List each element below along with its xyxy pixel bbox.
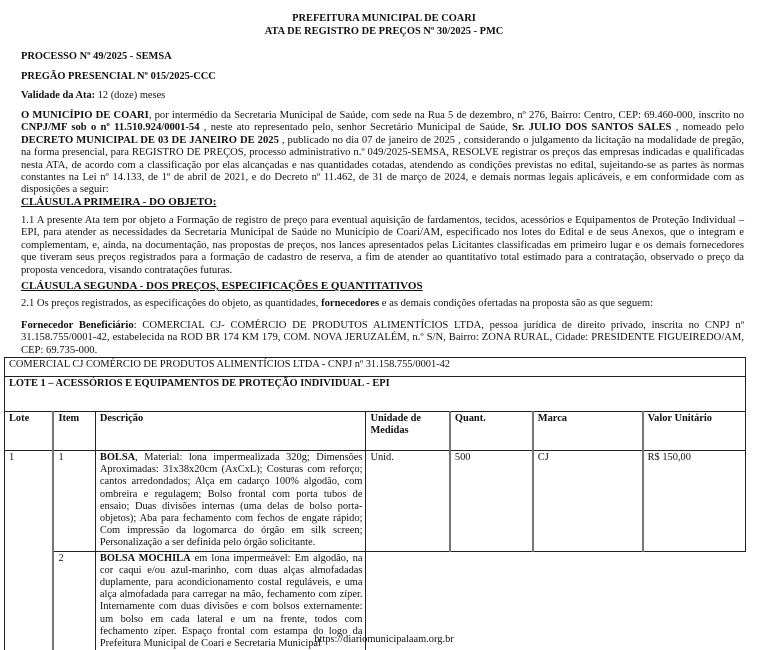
intro-text-3: , nomeado pelo xyxy=(671,122,744,133)
clause-1-text: 1.1 A presente Ata tem por objeto a Form… xyxy=(21,215,744,277)
document-header: PREFEITURA MUNICIPAL DE COARI ATA DE REG… xyxy=(0,12,768,38)
validity-value: 12 (doze) meses xyxy=(95,90,165,101)
supplier-paragraph: Fornecedor Beneficiário: COMERCIAL CJ- C… xyxy=(21,320,744,357)
price-table: COMERCIAL CJ COMÉRCIO DE PRODUTOS ALIMEN… xyxy=(4,357,746,650)
clause-2-text: 2.1 Os preços registrados, as especifica… xyxy=(21,298,744,310)
table-lot-row: LOTE 1 – ACESSÓRIOS E EQUIPAMENTOS DE PR… xyxy=(5,377,746,412)
cell-marca: CJ xyxy=(533,451,643,552)
intro-paragraph: O MUNICÍPIO DE COARI, por intermédio da … xyxy=(21,110,744,197)
intro-cnpj: CNPJ/MF sob o nº 11.510.924/0001-54 xyxy=(21,122,200,133)
footer-url[interactable]: https://diariomunicipalaam.org.br xyxy=(0,634,768,646)
intro-text-1: , por intermédio da Secretaria Municipal… xyxy=(149,110,744,121)
cell-item: 1 xyxy=(53,451,95,552)
item-description: , Material: lona impermealizada 320g; Di… xyxy=(100,452,363,548)
intro-municipality: O MUNICÍPIO DE COARI xyxy=(21,110,149,121)
table-row: 1 1 BOLSA, Material: lona impermealizada… xyxy=(5,451,746,552)
validity-label: Validade da Ata: xyxy=(21,90,95,101)
clause-2-title-underlined: CLÁUSULA SEGUNDA - xyxy=(21,280,146,292)
supplier-label: Fornecedor Beneficiário xyxy=(21,320,134,331)
col-header-lote: Lote xyxy=(5,412,54,451)
item-name: BOLSA MOCHILA xyxy=(100,553,191,564)
clause-2-text-1: 2.1 Os preços registrados, as especifica… xyxy=(21,298,321,309)
col-header-quant: Quant. xyxy=(450,412,533,451)
clause-2-title-rest: DOS PREÇOS, ESPECIFICAÇÕES E QUANTITATIV… xyxy=(146,280,423,292)
table-header-row: Lote Item Descrição Unidade de Medidas Q… xyxy=(5,412,746,451)
col-header-item: Item xyxy=(53,412,95,451)
table-supplier-row: COMERCIAL CJ COMÉRCIO DE PRODUTOS ALIMEN… xyxy=(5,358,746,377)
header-ata-title: ATA DE REGISTRO DE PREÇOS Nº 30/2025 - P… xyxy=(0,25,768,38)
process-number: PROCESSO Nº 49/2025 - SEMSA xyxy=(21,51,172,63)
cell-unidade: Unid. xyxy=(366,451,450,552)
intro-secretary: Sr. JULIO DOS SANTOS SALES xyxy=(512,122,671,133)
intro-decree: DECRETO MUNICIPAL DE 03 DE JANEIRO DE 20… xyxy=(21,135,279,146)
clause-2-text-2: e as demais condições ofertadas na propo… xyxy=(379,298,653,309)
header-municipality: PREFEITURA MUNICIPAL DE COARI xyxy=(0,12,768,25)
item-name: BOLSA xyxy=(100,452,135,463)
table-lot-cell: LOTE 1 – ACESSÓRIOS E EQUIPAMENTOS DE PR… xyxy=(5,377,746,412)
cell-descricao: BOLSA, Material: lona impermealizada 320… xyxy=(95,451,366,552)
table-supplier-cell: COMERCIAL CJ COMÉRCIO DE PRODUTOS ALIMEN… xyxy=(5,358,746,377)
cell-valor: R$ 150,00 xyxy=(643,451,746,552)
col-header-descricao: Descrição xyxy=(95,412,366,451)
intro-text-2: , neste ato representado pelo, senhor Se… xyxy=(200,122,513,133)
col-header-marca: Marca xyxy=(533,412,643,451)
validity: Validade da Ata: 12 (doze) meses xyxy=(21,90,165,102)
cell-lote: 1 xyxy=(5,451,54,650)
clause-2-title: CLÁUSULA SEGUNDA - DOS PREÇOS, ESPECIFIC… xyxy=(21,280,423,292)
col-header-unidade: Unidade de Medidas xyxy=(366,412,450,451)
cell-quant: 500 xyxy=(450,451,533,552)
clause-1-title: CLÁUSULA PRIMEIRA - DO OBJETO: xyxy=(21,196,216,208)
clause-2-suppliers: fornecedores xyxy=(321,298,379,309)
col-header-valor: Valor Unitário xyxy=(643,412,746,451)
pregao-number: PREGÃO PRESENCIAL Nº 015/2025-CCC xyxy=(21,71,216,83)
